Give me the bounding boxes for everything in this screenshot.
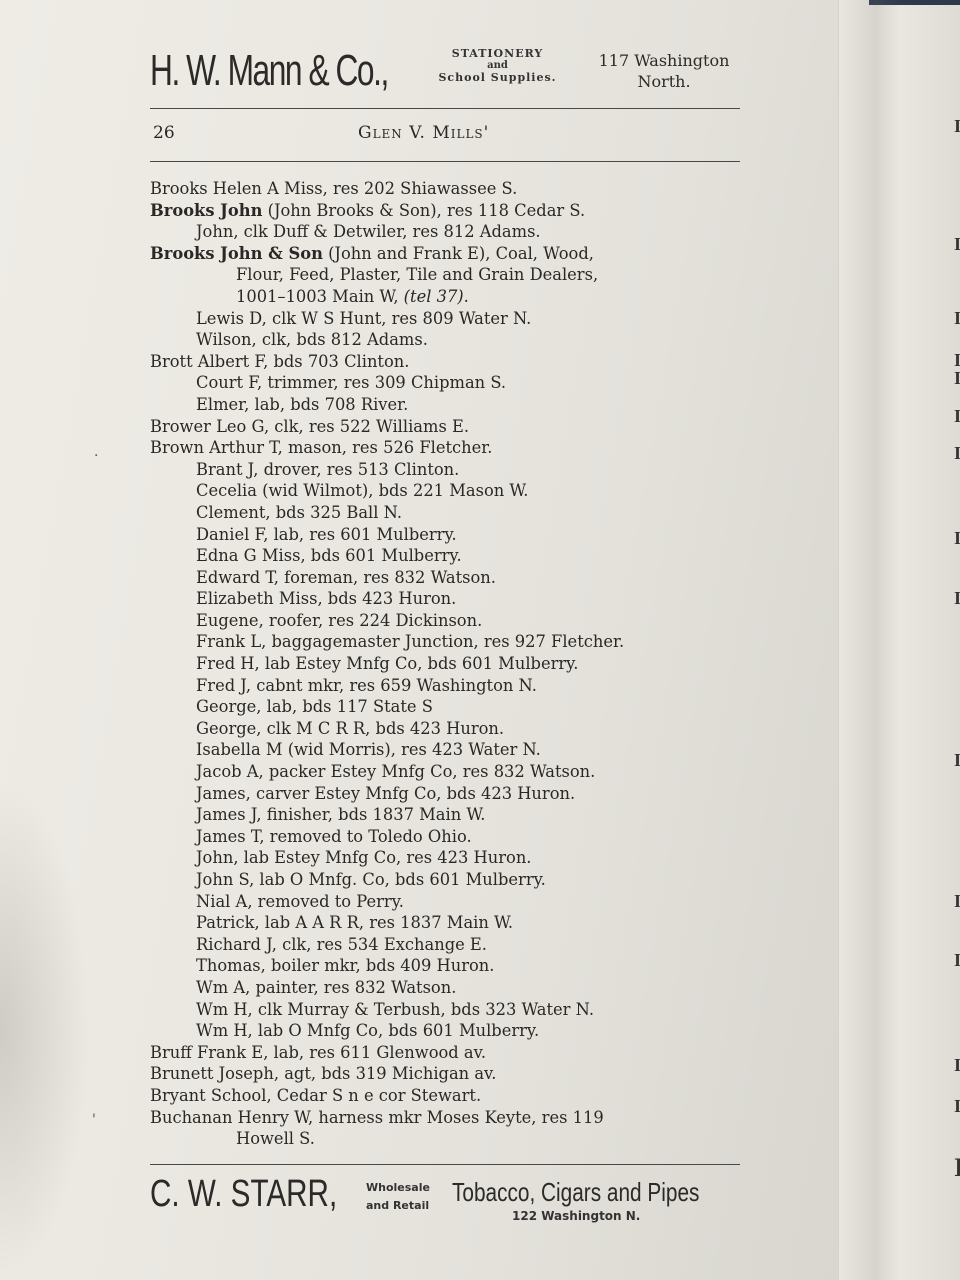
entry-name: Lewis D bbox=[196, 309, 262, 328]
entry-name: Patrick bbox=[196, 913, 254, 932]
directory-entry: Eugene, roofer, res 224 Dickinson. bbox=[150, 610, 740, 632]
directory-entry: Lewis D, clk W S Hunt, res 809 Water N. bbox=[150, 308, 740, 330]
adjacent-text-fragment: I bbox=[954, 445, 960, 461]
entry-details: , finisher, bds 1837 Main W. bbox=[256, 805, 485, 824]
entry-details: , removed to Perry. bbox=[247, 892, 404, 911]
entry-name: Brooks John & Son bbox=[150, 244, 323, 263]
entry-name: Daniel F bbox=[196, 525, 263, 544]
directory-entry: John, clk Duff & Detwiler, res 812 Adams… bbox=[150, 221, 740, 243]
directory-entry: Edward T, foreman, res 832 Watson. bbox=[150, 567, 740, 589]
entry-name: Brooks Helen A Miss bbox=[150, 179, 323, 198]
address-line: 117 Washington bbox=[584, 50, 744, 71]
directory-entry: Buchanan Henry W, harness mkr Moses Keyt… bbox=[150, 1107, 740, 1129]
running-head: 26 Glen V. Mills' bbox=[150, 109, 740, 161]
directory-entry: Daniel F, lab, res 601 Mulberry. bbox=[150, 524, 740, 546]
entry-name: Bryant School bbox=[150, 1086, 266, 1105]
trade-line: STATIONERY bbox=[430, 48, 565, 60]
directory-entry: Brooks John & Son (John and Frank E), Co… bbox=[150, 243, 740, 265]
entry-details: , lab O Mnfg. Co, bds 601 Mulberry. bbox=[249, 870, 546, 889]
entry-name: George bbox=[196, 719, 256, 738]
entry-name: Thomas bbox=[196, 956, 261, 975]
adjacent-text-fragment: I bbox=[954, 1057, 960, 1073]
directory-entry: Wilson, clk, bds 812 Adams. bbox=[150, 329, 740, 351]
entry-details: , res 202 Shiawassee S. bbox=[323, 179, 518, 198]
advertiser-address: 117 Washington North. bbox=[584, 50, 744, 92]
directory-entry: James J, finisher, bds 1837 Main W. bbox=[150, 804, 740, 826]
directory-entry: Brunett Joseph, agt, bds 319 Michigan av… bbox=[150, 1063, 740, 1085]
entry-name: Fred J bbox=[196, 676, 246, 695]
adjacent-text-fragment: I bbox=[954, 752, 960, 768]
entry-details: , removed to Toledo Ohio. bbox=[259, 827, 471, 846]
entry-name: Brower Leo G bbox=[150, 417, 264, 436]
entry-name: Edna G Miss bbox=[196, 546, 300, 565]
directory-entry: Elmer, lab, bds 708 River. bbox=[150, 394, 740, 416]
adjacent-text-fragment: I bbox=[954, 352, 960, 368]
directory-entry: Fred H, lab Estey Mnfg Co, bds 601 Mulbe… bbox=[150, 653, 740, 675]
directory-entries: Brooks Helen A Miss, res 202 Shiawassee … bbox=[150, 178, 740, 1150]
entry-name: Brooks John bbox=[150, 201, 262, 220]
entry-name: James bbox=[196, 784, 246, 803]
trade-line: Wholesale bbox=[366, 1179, 430, 1197]
directory-entry: Elizabeth Miss, bds 423 Huron. bbox=[150, 588, 740, 610]
directory-entry: Brooks John (John Brooks & Son), res 118… bbox=[150, 200, 740, 222]
directory-entry: Patrick, lab A A R R, res 1837 Main W. bbox=[150, 912, 740, 934]
entry-name: Jacob A bbox=[196, 762, 259, 781]
entry-name: James J bbox=[196, 805, 256, 824]
entry-details: , bds 601 Mulberry. bbox=[300, 546, 461, 565]
advertiser-name: C. W. STARR, bbox=[150, 1173, 337, 1216]
entry-name: Brant J bbox=[196, 460, 253, 479]
entry-details: , clk, res 534 Exchange E. bbox=[272, 935, 487, 954]
entry-name: Clement bbox=[196, 503, 265, 522]
entry-name: Court F bbox=[196, 373, 257, 392]
directory-entry: Thomas, boiler mkr, bds 409 Huron. bbox=[150, 955, 740, 977]
entry-name: Wm H bbox=[196, 1021, 248, 1040]
entry-details: , bds 325 Ball N. bbox=[265, 503, 402, 522]
entry-details: , lab, res 601 Mulberry. bbox=[263, 525, 456, 544]
adjacent-text-fragment: I bbox=[954, 408, 960, 424]
finger-shadow bbox=[0, 780, 90, 1280]
page-number: 26 bbox=[153, 123, 175, 143]
directory-entry: George, clk M C R R, bds 423 Huron. bbox=[150, 718, 740, 740]
entry-name: Wm H bbox=[196, 1000, 248, 1019]
entry-details: , lab, res 611 Glenwood av. bbox=[263, 1043, 486, 1062]
directory-entry: Bruff Frank E, lab, res 611 Glenwood av. bbox=[150, 1042, 740, 1064]
trade-line: and Retail bbox=[366, 1197, 430, 1215]
entry-details: , clk M C R R, bds 423 Huron. bbox=[256, 719, 504, 738]
entry-name: Edward T bbox=[196, 568, 274, 587]
adjacent-text-fragment: I bbox=[954, 1098, 960, 1114]
directory-page: H. W. Mann & Co., STATIONERY and School … bbox=[150, 40, 740, 1235]
entry-name: Isabella M bbox=[196, 740, 283, 759]
adjacent-text-fragment: I bbox=[954, 118, 960, 134]
directory-entry: George, lab, bds 117 State S bbox=[150, 696, 740, 718]
directory-entry: Brott Albert F, bds 703 Clinton. bbox=[150, 351, 740, 373]
entry-details: , lab Estey Mnfg Co, bds 601 Mulberry. bbox=[255, 654, 579, 673]
entry-details: (wid Morris), res 423 Water N. bbox=[283, 740, 541, 759]
adjacent-text-fragment: I bbox=[954, 1160, 960, 1186]
entry-name: Buchanan Henry W bbox=[150, 1108, 308, 1127]
directory-entry: Brown Arthur T, mason, res 526 Fletcher. bbox=[150, 437, 740, 459]
divider bbox=[150, 161, 740, 162]
entry-name: Bruff Frank E bbox=[150, 1043, 263, 1062]
advertiser-name: H. W. Mann & Co., bbox=[150, 46, 388, 96]
adjacent-text-fragment: I bbox=[954, 530, 960, 546]
entry-details: , trimmer, res 309 Chipman S. bbox=[257, 373, 506, 392]
entry-details: , clk, res 522 Williams E. bbox=[264, 417, 469, 436]
directory-entry: Fred J, cabnt mkr, res 659 Washington N. bbox=[150, 675, 740, 697]
entry-details: (wid Wilmot), bds 221 Mason W. bbox=[257, 481, 529, 500]
directory-entry: Wm H, lab O Mnfg Co, bds 601 Mulberry. bbox=[150, 1020, 740, 1042]
entry-punctuation: . bbox=[464, 287, 469, 306]
directory-entry: Court F, trimmer, res 309 Chipman S. bbox=[150, 372, 740, 394]
entry-name: Brott Albert F bbox=[150, 352, 263, 371]
entry-details: , cabnt mkr, res 659 Washington N. bbox=[246, 676, 537, 695]
entry-continuation: 1001–1003 Main W, (tel 37). bbox=[150, 286, 740, 308]
entry-details: , clk Murray & Terbush, bds 323 Water N. bbox=[248, 1000, 594, 1019]
entry-details: , lab, bds 117 State S bbox=[256, 697, 433, 716]
entry-details: , lab A A R R, res 1837 Main W. bbox=[254, 913, 513, 932]
entry-details: , bds 703 Clinton. bbox=[263, 352, 409, 371]
entry-name: Richard J bbox=[196, 935, 272, 954]
entry-name: Nial A bbox=[196, 892, 247, 911]
entry-name: John S bbox=[196, 870, 249, 889]
adjacent-text-fragment: I bbox=[954, 952, 960, 968]
advertiser-trade: STATIONERY and School Supplies. bbox=[430, 48, 565, 84]
entry-details: , lab Estey Mnfg Co, res 423 Huron. bbox=[233, 848, 531, 867]
directory-entry: James T, removed to Toledo Ohio. bbox=[150, 826, 740, 848]
directory-entry: Isabella M (wid Morris), res 423 Water N… bbox=[150, 739, 740, 761]
directory-entry: Brooks Helen A Miss, res 202 Shiawassee … bbox=[150, 178, 740, 200]
entry-details: Flour, Feed, Plaster, Tile and Grain Dea… bbox=[236, 265, 598, 284]
adjacent-text-fragment: I bbox=[954, 590, 960, 606]
entry-name: Fred H bbox=[196, 654, 255, 673]
entry-details: , mason, res 526 Fletcher. bbox=[278, 438, 493, 457]
directory-entry: Frank L, baggagemaster Junction, res 927… bbox=[150, 631, 740, 653]
directory-entry: Cecelia (wid Wilmot), bds 221 Mason W. bbox=[150, 480, 740, 502]
entry-details: , Cedar S n e cor Stewart. bbox=[266, 1086, 481, 1105]
directory-entry: Wm A, painter, res 832 Watson. bbox=[150, 977, 740, 999]
directory-entry: Wm H, clk Murray & Terbush, bds 323 Wate… bbox=[150, 999, 740, 1021]
address-line: North. bbox=[584, 71, 744, 92]
entry-name: Wm A bbox=[196, 978, 245, 997]
entry-details: , harness mkr Moses Keyte, res 119 bbox=[308, 1108, 604, 1127]
entry-details: , drover, res 513 Clinton. bbox=[253, 460, 459, 479]
entry-details: (John Brooks & Son), res 118 Cedar S. bbox=[262, 201, 585, 220]
entry-details: , boiler mkr, bds 409 Huron. bbox=[261, 956, 495, 975]
entry-details: , lab, bds 708 River. bbox=[244, 395, 408, 414]
directory-entry: Nial A, removed to Perry. bbox=[150, 891, 740, 913]
advertiser-address: 122 Washington N. bbox=[512, 1209, 640, 1223]
advertiser-trade: Wholesale and Retail bbox=[366, 1179, 430, 1215]
entry-continuation: Flour, Feed, Plaster, Tile and Grain Dea… bbox=[150, 264, 740, 286]
entry-details: , baggagemaster Junction, res 927 Fletch… bbox=[261, 632, 624, 651]
running-title: Glen V. Mills' bbox=[358, 123, 489, 143]
entry-details: , foreman, res 832 Watson. bbox=[274, 568, 496, 587]
entry-details: , roofer, res 224 Dickinson. bbox=[259, 611, 483, 630]
entry-name: Eugene bbox=[196, 611, 259, 630]
entry-name: George bbox=[196, 697, 256, 716]
entry-details: 1001–1003 Main W, bbox=[236, 287, 404, 306]
entry-details: , painter, res 832 Watson. bbox=[245, 978, 456, 997]
directory-entry: Richard J, clk, res 534 Exchange E. bbox=[150, 934, 740, 956]
entry-name: Brunett Joseph bbox=[150, 1064, 274, 1083]
entry-name: Elizabeth Miss bbox=[196, 589, 317, 608]
directory-entry: Brant J, drover, res 513 Clinton. bbox=[150, 459, 740, 481]
entry-name: Brown Arthur T bbox=[150, 438, 278, 457]
adjacent-text-fragment: I bbox=[954, 236, 960, 252]
adjacent-text-fragment: I bbox=[954, 370, 960, 386]
entry-name: Wilson bbox=[196, 330, 252, 349]
footer-advertisement: C. W. STARR, Wholesale and Retail Tobacc… bbox=[150, 1165, 740, 1235]
directory-entry: John, lab Estey Mnfg Co, res 423 Huron. bbox=[150, 847, 740, 869]
entry-name: Elmer bbox=[196, 395, 244, 414]
speck: ' bbox=[92, 1112, 96, 1128]
advertiser-goods: Tobacco, Cigars and Pipes bbox=[452, 1177, 699, 1208]
adjacent-text-fragment: I bbox=[954, 893, 960, 909]
entry-name: Frank L bbox=[196, 632, 261, 651]
entry-details: , lab O Mnfg Co, bds 601 Mulberry. bbox=[248, 1021, 540, 1040]
entry-name: James T bbox=[196, 827, 259, 846]
entry-details: Howell S. bbox=[236, 1129, 315, 1148]
directory-entry: Bryant School, Cedar S n e cor Stewart. bbox=[150, 1085, 740, 1107]
entry-details: , clk, bds 812 Adams. bbox=[252, 330, 428, 349]
entry-name: John bbox=[196, 848, 233, 867]
trade-line: School Supplies. bbox=[430, 72, 565, 84]
book-gutter bbox=[840, 0, 900, 1280]
directory-entry: James, carver Estey Mnfg Co, bds 423 Hur… bbox=[150, 783, 740, 805]
directory-entry: John S, lab O Mnfg. Co, bds 601 Mulberry… bbox=[150, 869, 740, 891]
entry-name: Cecelia bbox=[196, 481, 257, 500]
entry-details: , bds 423 Huron. bbox=[317, 589, 456, 608]
directory-entry: Jacob A, packer Estey Mnfg Co, res 832 W… bbox=[150, 761, 740, 783]
directory-entry: Brower Leo G, clk, res 522 Williams E. bbox=[150, 416, 740, 438]
directory-entry: Edna G Miss, bds 601 Mulberry. bbox=[150, 545, 740, 567]
directory-entry: Clement, bds 325 Ball N. bbox=[150, 502, 740, 524]
entry-details: , packer Estey Mnfg Co, res 832 Watson. bbox=[259, 762, 596, 781]
entry-details: , clk W S Hunt, res 809 Water N. bbox=[262, 309, 532, 328]
speck: · bbox=[94, 448, 98, 464]
entry-details: , clk Duff & Detwiler, res 812 Adams. bbox=[233, 222, 540, 241]
entry-details: , agt, bds 319 Michigan av. bbox=[274, 1064, 497, 1083]
entry-telephone: (tel 37) bbox=[404, 287, 464, 306]
adjacent-text-fragment: I bbox=[954, 310, 960, 326]
entry-name: John bbox=[196, 222, 233, 241]
entry-details: , carver Estey Mnfg Co, bds 423 Huron. bbox=[246, 784, 576, 803]
header-advertisement: H. W. Mann & Co., STATIONERY and School … bbox=[150, 40, 740, 102]
entry-continuation: Howell S. bbox=[150, 1128, 740, 1150]
entry-details: (John and Frank E), Coal, Wood, bbox=[323, 244, 594, 263]
